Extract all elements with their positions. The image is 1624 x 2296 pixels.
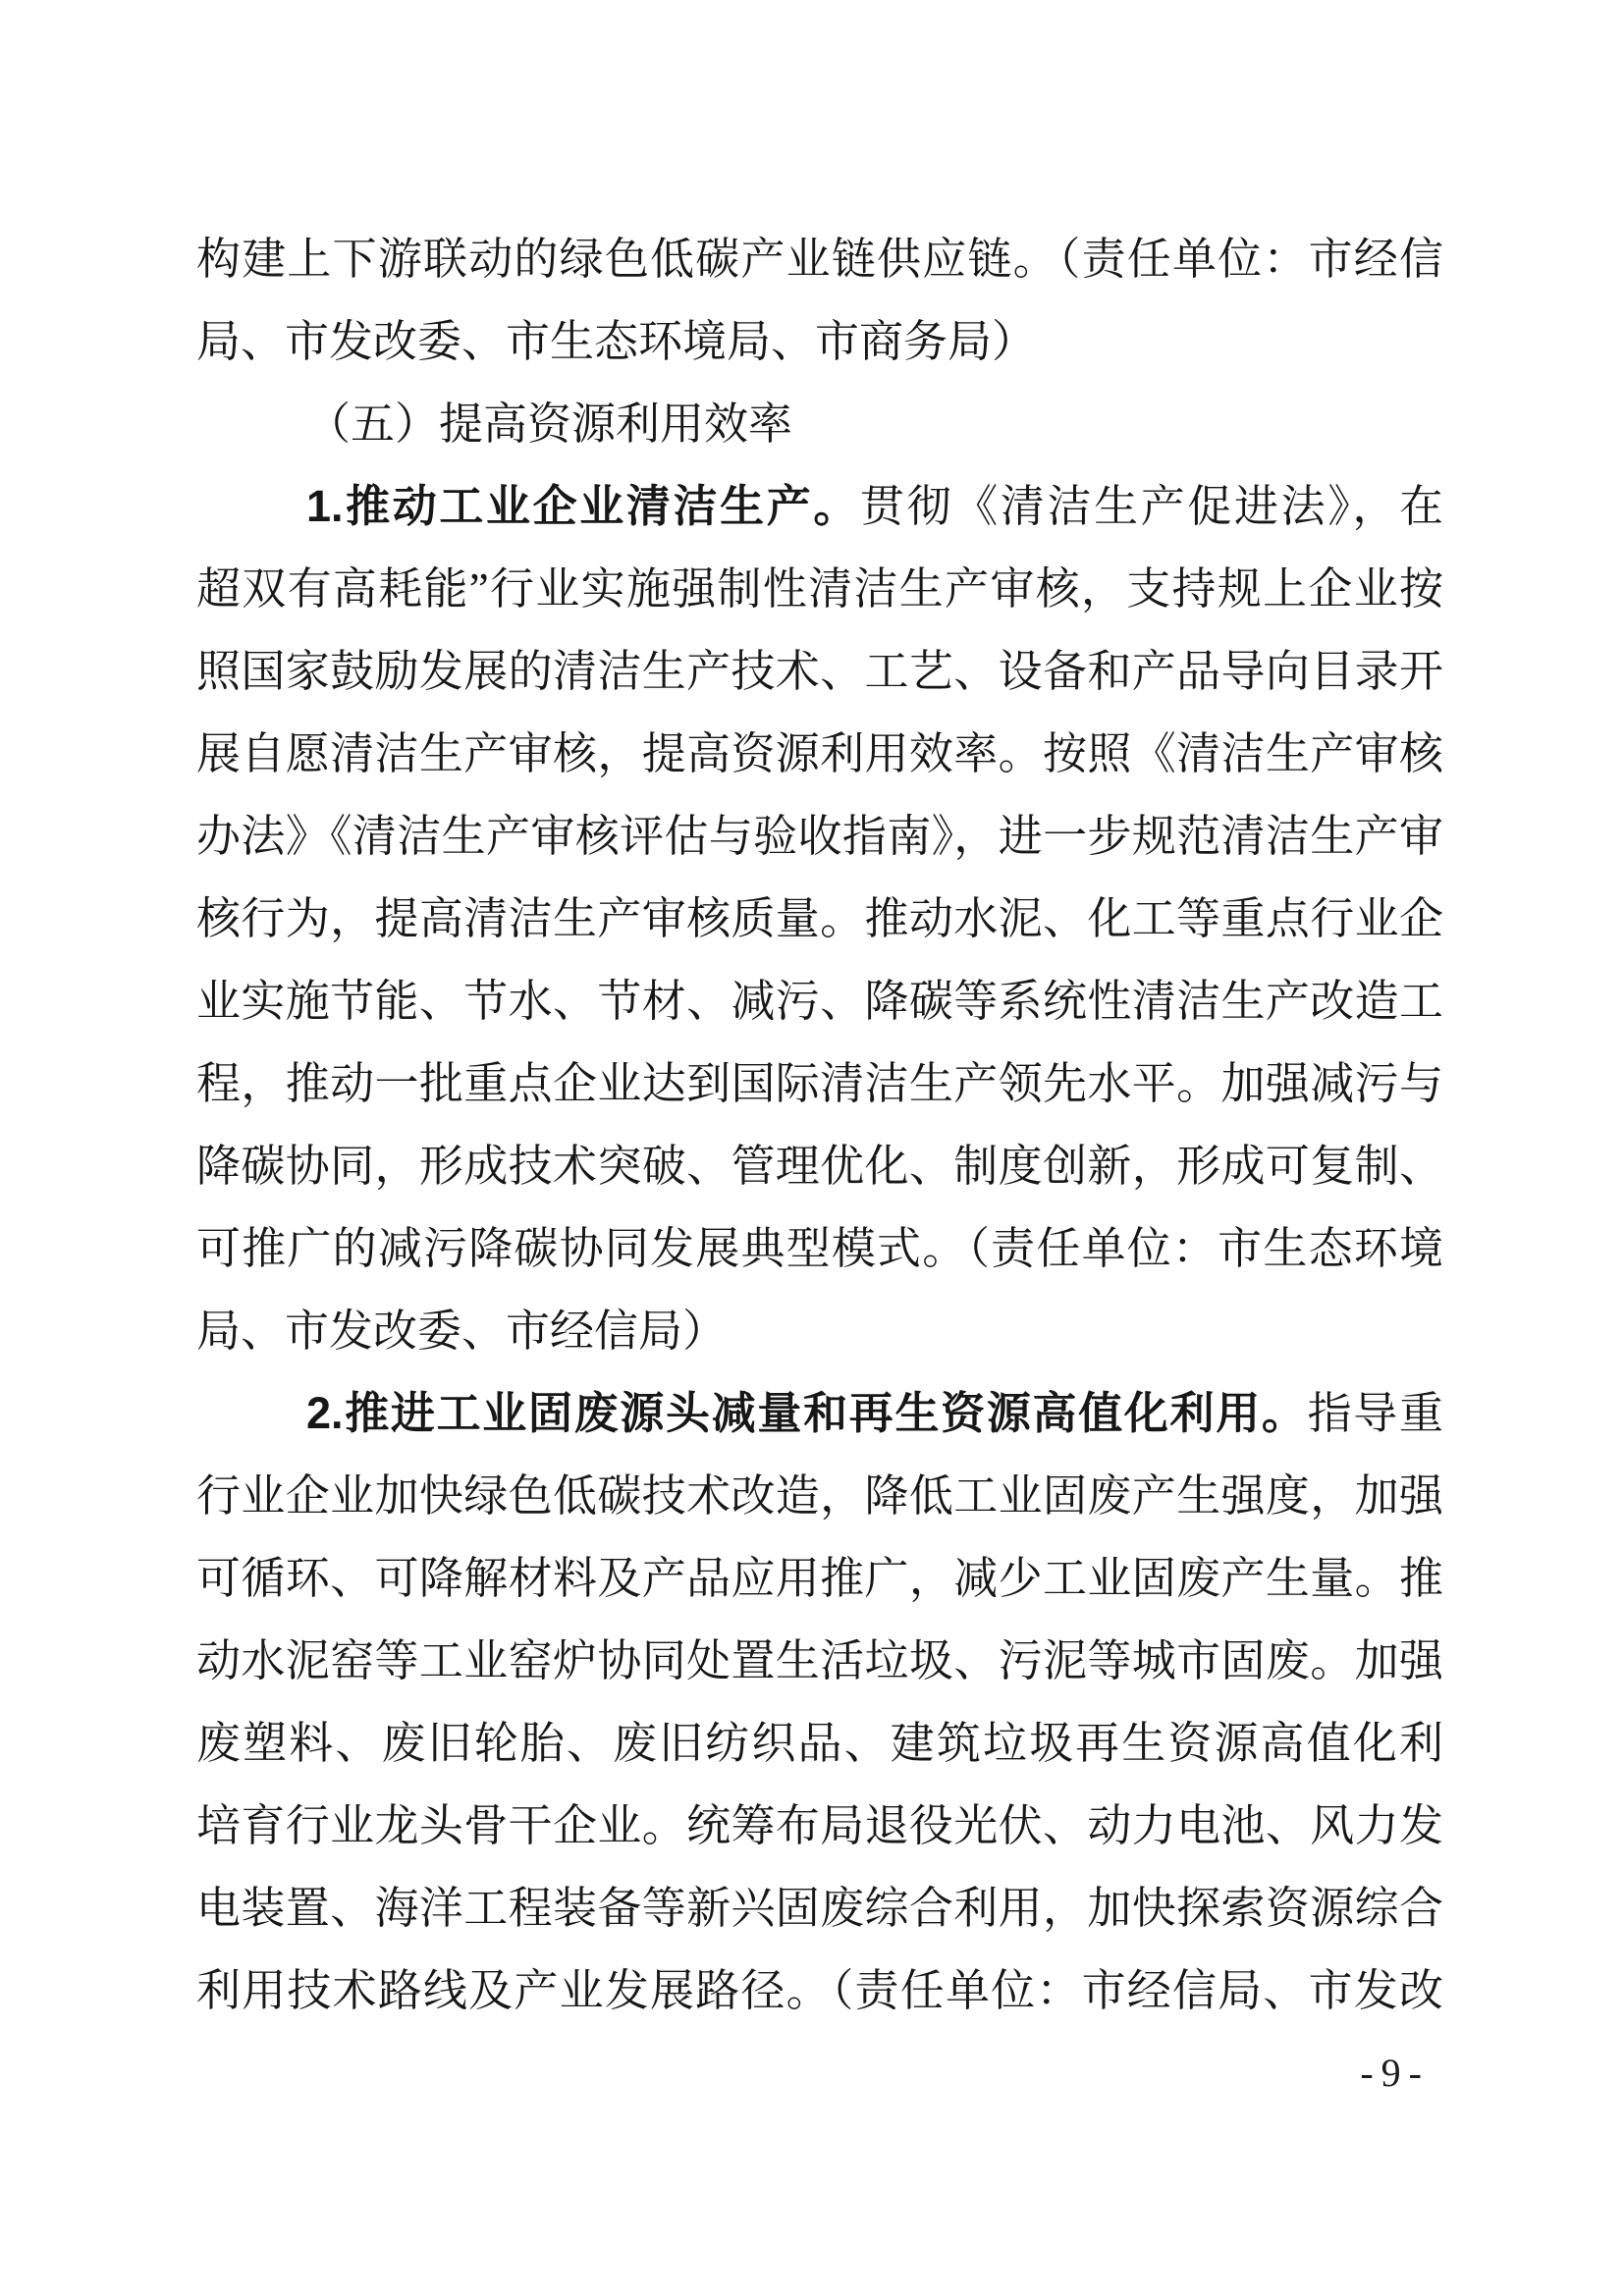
bold-text-run: 2.推进工业固废源头减量和再生资源高值化利用。 <box>306 1388 1308 1438</box>
page-number: -9- <box>1360 2050 1430 2097</box>
text-run: 构建上下游联动的绿色低碳产业链供应链。（责任单位：市经信 <box>196 235 1443 284</box>
text-line: 超双有高耗能”行业实施强制性清洁生产审核，支持规上企业按 <box>196 548 1443 630</box>
text-line: 废塑料、废旧轮胎、废旧纺织品、建筑垃圾再生资源高值化利用， <box>196 1702 1443 1785</box>
text-line: 培育行业龙头骨干企业。统筹布局退役光伏、动力电池、风力发 <box>196 1785 1443 1867</box>
text-run: 废塑料、废旧轮胎、废旧纺织品、建筑垃圾再生资源高值化利用， <box>196 1719 1443 1785</box>
text-line: 局、市发改委、市生态环境局、市商务局） <box>196 300 1443 383</box>
document-page: 构建上下游联动的绿色低碳产业链供应链。（责任单位：市经信局、市发改委、市生态环境… <box>0 0 1624 2296</box>
text-line: 业实施节能、节水、节材、减污、降碳等系统性清洁生产改造工 <box>196 960 1443 1042</box>
text-line: 降碳协同，形成技术突破、管理优化、制度创新，形成可复制、 <box>196 1125 1443 1207</box>
text-line: 构建上下游联动的绿色低碳产业链供应链。（责任单位：市经信 <box>196 218 1443 300</box>
text-run: 办法》《清洁生产审核评估与验收指南》，进一步规范清洁生产审 <box>196 812 1443 861</box>
text-line: 行业企业加快绿色低碳技术改造，降低工业固废产生强度，加强 <box>196 1455 1443 1537</box>
document-body: 构建上下游联动的绿色低碳产业链供应链。（责任单位：市经信局、市发改委、市生态环境… <box>196 218 1443 2032</box>
text-line: 电装置、海洋工程装备等新兴固废综合利用，加快探索资源综合 <box>196 1867 1443 1949</box>
bold-text-run: 1.推动工业企业清洁生产。 <box>306 481 860 531</box>
text-run: 可循环、可降解材料及产品应用推广，减少工业固废产生量。推 <box>196 1554 1443 1603</box>
text-run: （五）提高资源利用效率 <box>306 400 792 449</box>
text-line: 可循环、可降解材料及产品应用推广，减少工业固废产生量。推 <box>196 1537 1443 1620</box>
text-run: 动水泥窑等工业窑炉协同处置生活垃圾、污泥等城市固废。加强 <box>196 1636 1443 1685</box>
text-run: 电装置、海洋工程装备等新兴固废综合利用，加快探索资源综合 <box>196 1884 1443 1933</box>
text-run: 超双有高耗能”行业实施强制性清洁生产审核，支持规上企业按 <box>196 564 1443 614</box>
text-run: 核行为，提高清洁生产审核质量。推动水泥、化工等重点行业企 <box>196 894 1443 943</box>
text-line: 1.推动工业企业清洁生产。贯彻《清洁生产促进法》，在“双 <box>196 465 1443 548</box>
text-run: 照国家鼓励发展的清洁生产技术、工艺、设备和产品导向目录开 <box>196 647 1443 696</box>
text-line: 可推广的减污降碳协同发展典型模式。（责任单位：市生态环境 <box>196 1207 1443 1290</box>
text-line: 利用技术路线及产业发展路径。（责任单位：市经信局、市发改 <box>196 1949 1443 2032</box>
section-heading-line: （五）提高资源利用效率 <box>196 383 1443 465</box>
text-line: 办法》《清洁生产审核评估与验收指南》，进一步规范清洁生产审 <box>196 795 1443 878</box>
text-line: 局、市发改委、市经信局） <box>196 1290 1443 1372</box>
text-run: 局、市发改委、市生态环境局、市商务局） <box>196 317 1036 366</box>
text-line: 核行为，提高清洁生产审核质量。推动水泥、化工等重点行业企 <box>196 878 1443 960</box>
text-run: 利用技术路线及产业发展路径。（责任单位：市经信局、市发改 <box>196 1966 1443 2015</box>
text-line: 2.推进工业固废源头减量和再生资源高值化利用。指导重点 <box>196 1372 1443 1455</box>
text-run: 程，推动一批重点企业达到国际清洁生产领先水平。加强减污与 <box>196 1059 1443 1108</box>
text-run: 业实施节能、节水、节材、减污、降碳等系统性清洁生产改造工 <box>196 977 1443 1026</box>
text-line: 动水泥窑等工业窑炉协同处置生活垃圾、污泥等城市固废。加强 <box>196 1620 1443 1702</box>
text-line: 展自愿清洁生产审核，提高资源利用效率。按照《清洁生产审核 <box>196 713 1443 795</box>
text-run: 展自愿清洁生产审核，提高资源利用效率。按照《清洁生产审核 <box>196 729 1443 778</box>
text-run: 培育行业龙头骨干企业。统筹布局退役光伏、动力电池、风力发 <box>196 1801 1443 1850</box>
text-run: 降碳协同，形成技术突破、管理优化、制度创新，形成可复制、 <box>196 1142 1443 1191</box>
text-run: 行业企业加快绿色低碳技术改造，降低工业固废产生强度，加强 <box>196 1471 1443 1521</box>
text-run: 局、市发改委、市经信局） <box>196 1307 727 1356</box>
text-line: 照国家鼓励发展的清洁生产技术、工艺、设备和产品导向目录开 <box>196 630 1443 713</box>
text-line: 程，推动一批重点企业达到国际清洁生产领先水平。加强减污与 <box>196 1042 1443 1125</box>
text-run: 可推广的减污降碳协同发展典型模式。（责任单位：市生态环境 <box>196 1224 1443 1273</box>
